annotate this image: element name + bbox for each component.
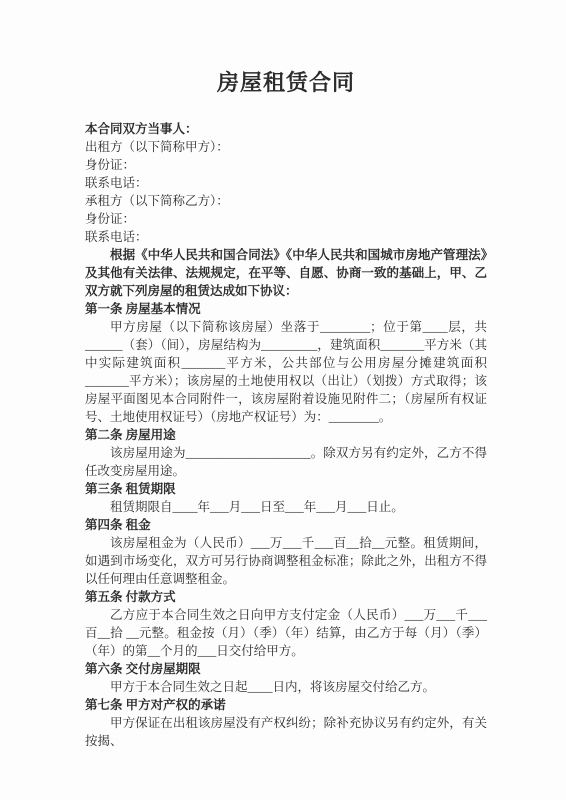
intro-line: 身份证： xyxy=(85,156,487,174)
intro-line: 身份证： xyxy=(85,210,487,228)
section-paragraph: 该房屋用途为____________________。除双方另有约定外，乙方不得… xyxy=(85,444,487,480)
section-heading: 第四条 租金 xyxy=(85,516,487,534)
section-heading: 第五条 付款方式 xyxy=(85,588,487,606)
section-paragraph: 甲方保证在出租该房屋没有产权纠纷；除补充协议另有约定外，有关按揭、 xyxy=(85,714,487,750)
intro-line: 本合同双方当事人： xyxy=(85,120,487,138)
section-heading: 第二条 房屋用途 xyxy=(85,426,487,444)
section-paragraph: 乙方应于本合同生效之日向甲方支付定金（人民币）___万___千___百__拾 _… xyxy=(85,606,487,660)
section-paragraph: 甲方房屋（以下简称该房屋）坐落于________；位于第____层，共_____… xyxy=(85,318,487,426)
parties-intro-block: 本合同双方当事人：出租方（以下简称甲方）：身份证：联系电话：承租方（以下简称乙方… xyxy=(85,120,487,246)
section-paragraph: 甲方于本合同生效之日起____日内，将该房屋交付给乙方。 xyxy=(85,678,487,696)
sections-block: 第一条 房屋基本情况甲方房屋（以下简称该房屋）坐落于________；位于第__… xyxy=(85,300,487,750)
contract-title: 房屋租赁合同 xyxy=(85,70,487,96)
section-heading: 第一条 房屋基本情况 xyxy=(85,300,487,318)
section-paragraph: 租赁期限自____年___月___日至___年___月___日止。 xyxy=(85,498,487,516)
section-heading: 第七条 甲方对产权的承诺 xyxy=(85,696,487,714)
section-paragraph: 该房屋租金为（人民币）___万___千___百__拾__元整。租赁期间，如遇到市… xyxy=(85,534,487,588)
section-heading: 第三条 租赁期限 xyxy=(85,480,487,498)
intro-line: 出租方（以下简称甲方）： xyxy=(85,138,487,156)
preamble-paragraph: 根据《中华人民共和国合同法》《中华人民共和国城市房地产管理法》及其他有关法律、法… xyxy=(85,246,487,300)
document-page: 房屋租赁合同 本合同双方当事人：出租方（以下简称甲方）：身份证：联系电话：承租方… xyxy=(0,0,566,800)
section-heading: 第六条 交付房屋期限 xyxy=(85,660,487,678)
intro-line: 承租方（以下简称乙方）： xyxy=(85,192,487,210)
intro-line: 联系电话： xyxy=(85,174,487,192)
intro-line: 联系电话： xyxy=(85,228,487,246)
